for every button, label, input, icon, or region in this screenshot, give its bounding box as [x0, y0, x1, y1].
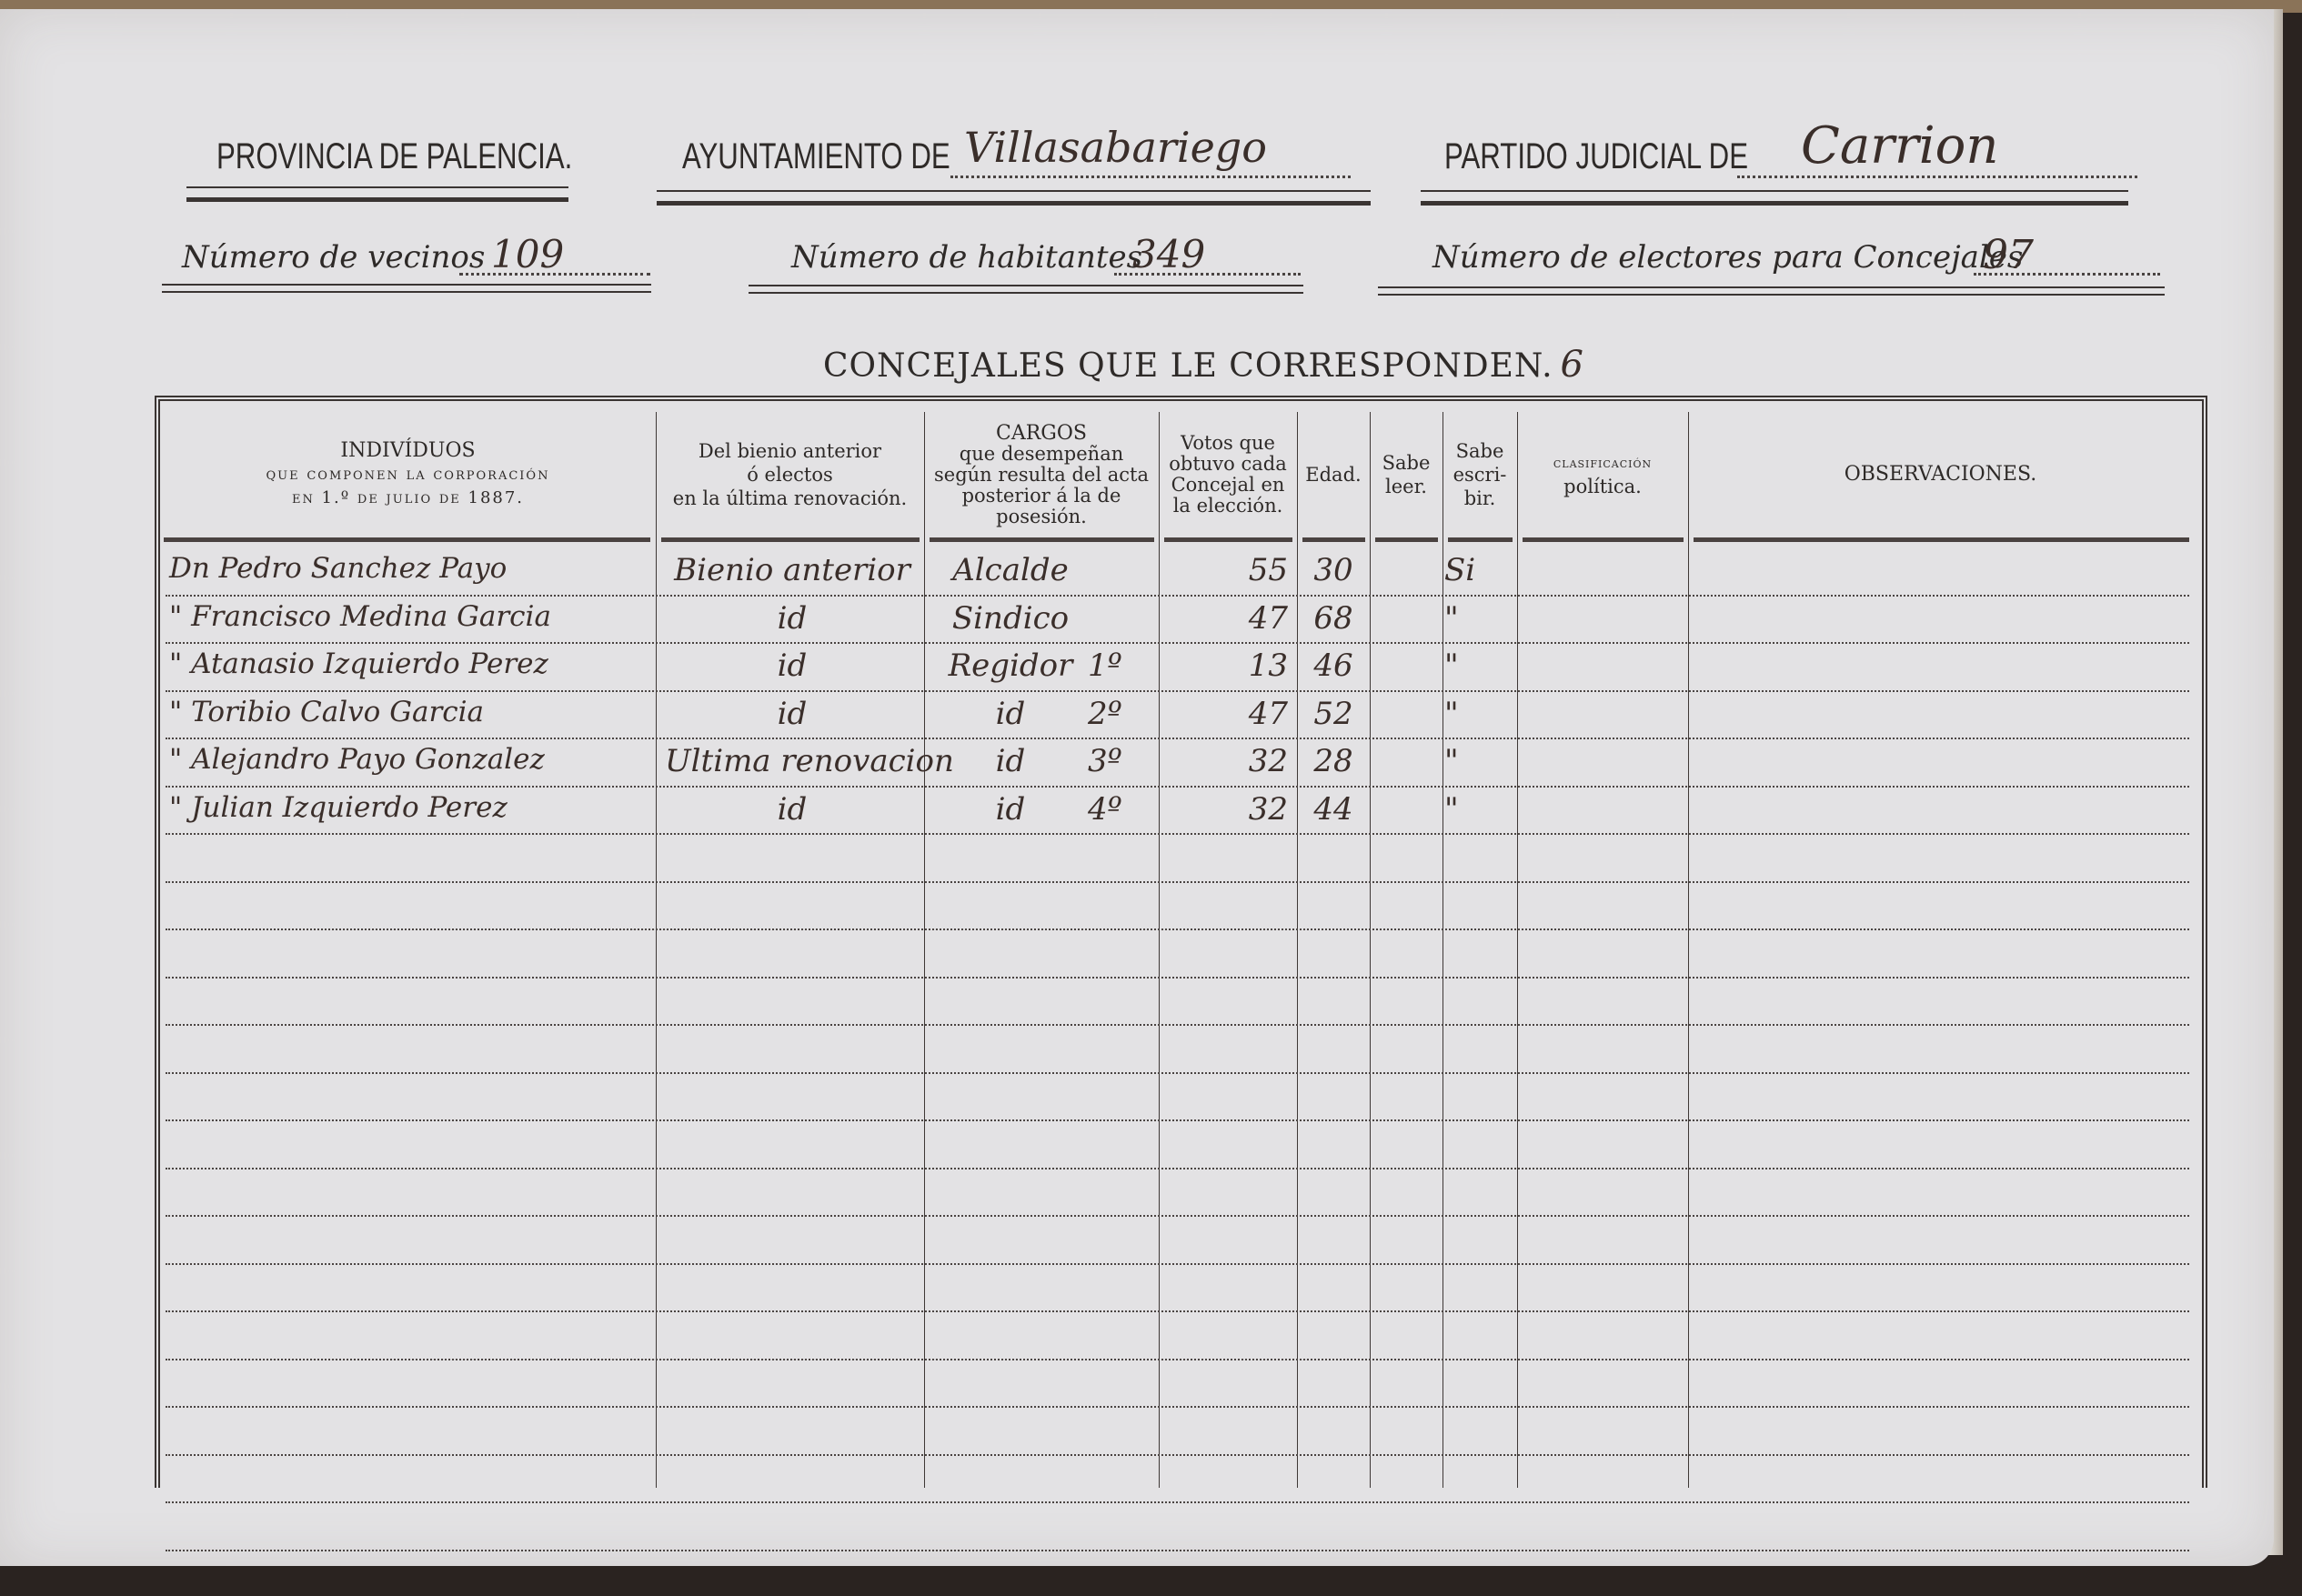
- cell-cargo-num: 4º: [1088, 791, 1156, 828]
- th-votos: Votos que obtuvo cada Concejal en la ele…: [1159, 412, 1297, 537]
- cell-bienio: id: [665, 600, 920, 637]
- cell-edad: 68: [1299, 600, 1368, 637]
- th-line: según resulta del acta: [934, 465, 1149, 486]
- col-divider: [1443, 412, 1443, 1488]
- th-line: CARGOS: [996, 423, 1087, 444]
- cell-bienio: Ultima renovacion: [665, 743, 920, 779]
- cell-nombre: " Alejandro Payo Gonzalez: [169, 743, 651, 776]
- th-line: Sabe: [1456, 439, 1504, 463]
- col-divider: [1688, 412, 1689, 1488]
- cell-bienio: id: [665, 647, 920, 684]
- cell-votos: 13: [1161, 647, 1288, 684]
- header-rule: [1523, 537, 1684, 542]
- th-line: ó electos: [747, 463, 833, 487]
- row-rule: [166, 786, 2189, 788]
- ayuntamiento-dots: [950, 176, 1351, 178]
- vecinos-rule: [162, 284, 651, 293]
- provincia-heading: PROVINCIA DE PALENCIA.: [216, 136, 673, 177]
- ayuntamiento-value: Villasabariego: [964, 123, 1267, 172]
- cell-edad: 28: [1299, 743, 1368, 779]
- cell-cargo: Sindico: [933, 600, 1088, 637]
- cell-bienio: id: [665, 696, 920, 732]
- ayuntamiento-label: AYUNTAMIENTO DE: [682, 136, 950, 177]
- th-observaciones: OBSERVACIONES.: [1688, 412, 2193, 537]
- electores-value: 97: [1983, 232, 2034, 278]
- row-rule: [166, 1550, 2189, 1551]
- cell-cargo-num: 3º: [1088, 743, 1156, 779]
- header-rule: [1448, 537, 1513, 542]
- th-sabe-leer: Sabe leer.: [1370, 412, 1443, 537]
- th-sabe-escribir: Sabe escri- bir.: [1443, 412, 1517, 537]
- row-rule: [166, 1024, 2189, 1026]
- section-title-value: 6: [1561, 344, 1584, 386]
- th-line: posterior á la de: [962, 486, 1121, 507]
- cell-escribir: ": [1444, 743, 1515, 779]
- header-rule: [661, 537, 920, 542]
- cell-votos: 55: [1161, 552, 1288, 588]
- cell-cargo-num: 1º: [1088, 647, 1156, 684]
- th-line: que componen la corporación: [266, 463, 550, 487]
- row-rule: [166, 1310, 2189, 1312]
- cell-cargo: Alcalde: [933, 552, 1088, 588]
- th-line: política.: [1563, 475, 1642, 498]
- header-rule: [1694, 537, 2189, 542]
- row-rule: [166, 595, 2189, 597]
- cell-votos: 32: [1161, 743, 1288, 779]
- partido-heading: PARTIDO JUDICIAL DE: [1444, 136, 1834, 177]
- cell-nombre: Dn Pedro Sanchez Payo: [169, 552, 651, 585]
- cell-cargo: id: [933, 743, 1088, 779]
- th-cargos: CARGOS que desempeñan según resulta del …: [924, 412, 1159, 537]
- cell-votos: 47: [1161, 600, 1288, 637]
- electores-label: Número de electores para Concejales: [1432, 239, 2023, 276]
- col-divider: [1159, 412, 1160, 1488]
- col-divider: [1297, 412, 1298, 1488]
- cell-escribir: ": [1444, 647, 1515, 684]
- cell-votos: 47: [1161, 696, 1288, 732]
- section-title-label: CONCEJALES QUE LE CORRESPONDEN.: [823, 347, 1553, 385]
- cell-nombre: " Julian Izquierdo Perez: [169, 791, 651, 824]
- header-rule: [164, 537, 650, 542]
- cell-edad: 30: [1299, 552, 1368, 588]
- th-clasificacion: clasificación política.: [1517, 412, 1688, 537]
- col-divider: [924, 412, 925, 1488]
- habitantes-rule: [749, 285, 1303, 294]
- vecinos-value: 109: [491, 232, 564, 276]
- cell-edad: 44: [1299, 791, 1368, 828]
- row-rule: [166, 1168, 2189, 1169]
- row-rule: [166, 1359, 2189, 1360]
- th-edad: Edad.: [1297, 412, 1370, 537]
- row-rule: [166, 1501, 2189, 1503]
- cell-nombre: " Atanasio Izquierdo Perez: [169, 647, 651, 680]
- partido-dots: [1737, 176, 2137, 178]
- cell-votos: 32: [1161, 791, 1288, 828]
- row-rule: [166, 1119, 2189, 1121]
- cell-escribir: ": [1444, 696, 1515, 732]
- concejales-table: INDIVÍDUOS que componen la corporación e…: [155, 396, 2207, 1488]
- row-rule: [166, 690, 2189, 692]
- row-rule: [166, 833, 2189, 835]
- th-line: que desempeñan: [960, 444, 1124, 465]
- cell-nombre: " Francisco Medina Garcia: [169, 600, 651, 633]
- th-line: obtuvo cada: [1169, 454, 1286, 475]
- col-divider: [1370, 412, 1371, 1488]
- vecinos-label: Número de vecinos: [182, 239, 485, 276]
- habitantes-value: 349: [1132, 232, 1205, 276]
- row-rule: [166, 977, 2189, 979]
- cell-edad: 46: [1299, 647, 1368, 684]
- th-line: OBSERVACIONES.: [1845, 463, 2037, 487]
- cell-cargo: id: [933, 791, 1088, 828]
- row-rule: [166, 1406, 2189, 1408]
- partido-value: Carrion: [1801, 116, 1998, 176]
- th-line: la elección.: [1173, 496, 1283, 517]
- document-page: PROVINCIA DE PALENCIA. AYUNTAMIENTO DE V…: [0, 9, 2274, 1566]
- section-title: CONCEJALES QUE LE CORRESPONDEN.6: [823, 344, 1584, 386]
- row-rule: [166, 881, 2189, 883]
- header-rule: [1302, 537, 1365, 542]
- cell-cargo-num: 2º: [1088, 696, 1156, 732]
- header-rule: [930, 537, 1154, 542]
- th-line: Concejal en: [1171, 475, 1285, 496]
- cell-escribir: ": [1444, 600, 1515, 637]
- row-rule: [166, 1263, 2189, 1265]
- cell-bienio: id: [665, 791, 920, 828]
- ayuntamiento-rule: [657, 190, 1371, 206]
- th-line: INDIVÍDUOS: [340, 439, 475, 463]
- partido-label: PARTIDO JUDICIAL DE: [1444, 136, 1748, 177]
- provincia-rule: [186, 186, 568, 202]
- cell-edad: 52: [1299, 696, 1368, 732]
- cell-bienio: Bienio anterior: [665, 552, 920, 588]
- th-line: Votos que: [1181, 433, 1275, 454]
- th-line: leer.: [1385, 475, 1427, 498]
- cell-cargo: Regidor: [933, 647, 1088, 684]
- th-line: escri-: [1453, 463, 1507, 487]
- th-line: Edad.: [1305, 463, 1361, 487]
- cell-escribir: ": [1444, 791, 1515, 828]
- cell-cargo: id: [933, 696, 1088, 732]
- col-divider: [1517, 412, 1518, 1488]
- cell-nombre: " Toribio Calvo Garcia: [169, 696, 651, 728]
- provincia-label: PROVINCIA DE PALENCIA.: [216, 136, 572, 177]
- row-rule: [166, 1454, 2189, 1456]
- col-divider: [656, 412, 657, 1488]
- th-line: clasificación: [1553, 451, 1652, 475]
- row-rule: [166, 1215, 2189, 1217]
- header-rule: [1164, 537, 1292, 542]
- partido-rule: [1421, 190, 2128, 206]
- th-line: en 1.º de julio de 1887.: [292, 487, 524, 510]
- th-line: posesión.: [996, 507, 1087, 527]
- th-bienio: Del bienio anterior ó electos en la últi…: [656, 412, 924, 537]
- habitantes-label: Número de habitantes: [791, 239, 1142, 276]
- row-rule: [166, 1072, 2189, 1074]
- row-rule: [166, 642, 2189, 644]
- th-line: Del bienio anterior: [699, 439, 881, 463]
- electores-rule: [1378, 286, 2165, 296]
- th-line: en la última renovación.: [673, 487, 907, 510]
- header-rule: [1375, 537, 1438, 542]
- row-rule: [166, 738, 2189, 739]
- th-line: bir.: [1464, 487, 1496, 510]
- row-rule: [166, 928, 2189, 930]
- th-individuos: INDIVÍDUOS que componen la corporación e…: [160, 412, 656, 537]
- th-line: Sabe: [1382, 451, 1431, 475]
- cell-escribir: Si: [1444, 552, 1515, 588]
